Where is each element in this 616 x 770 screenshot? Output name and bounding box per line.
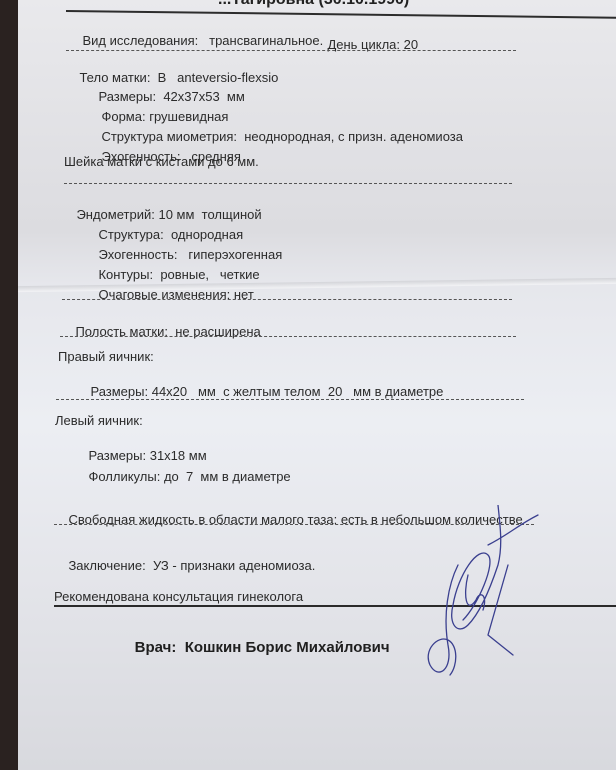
conclusion-value: УЗ - признаки аденомиоза. — [153, 558, 315, 573]
study-type-label: Вид исследования: — [82, 33, 198, 48]
doctor-name: Кошкин Борис Михайлович — [185, 639, 390, 656]
conclusion-label: Заключение: — [68, 558, 145, 573]
right-ovary-size-value: 44х20 мм с желтым телом 20 мм в диаметре — [152, 384, 444, 399]
myometrium-value: неоднородная, с призн. аденомиоза — [244, 129, 463, 144]
dashed-divider — [56, 399, 524, 400]
cavity-row: Полость матки: не расширена — [61, 309, 261, 354]
study-type-value: трансвагинальное. — [209, 33, 323, 48]
doctor-label: Врач: — [135, 639, 177, 656]
dashed-divider — [60, 336, 516, 337]
signature-icon — [418, 505, 558, 685]
follicles-label: Фолликулы: — [88, 469, 160, 484]
left-ovary-title: Левый яичник: — [55, 413, 143, 428]
patient-header: ...Тагировна (30.10.1990) — [218, 0, 409, 9]
recommendation: Рекомендована консультация гинеколога — [54, 589, 303, 604]
right-ovary-title: Правый яичник: — [58, 349, 154, 364]
conclusion-row: Заключение: УЗ - признаки аденомиоза. — [54, 543, 315, 588]
cervix-row: Шейка матки с кистами до 6 мм. — [64, 154, 259, 169]
dashed-divider — [66, 50, 516, 51]
report-paper: ...Тагировна (30.10.1990) Вид исследован… — [18, 0, 616, 770]
dashed-divider — [62, 299, 512, 300]
follicles-row: Фолликулы: до 7 мм в диаметре — [74, 454, 291, 499]
dashed-divider — [64, 183, 512, 184]
follicles-value: до 7 мм в диаметре — [164, 469, 291, 484]
right-ovary-size-row: Размеры: 44х20 мм с желтым телом 20 мм в… — [76, 369, 443, 414]
right-ovary-size-label: Размеры: — [90, 384, 148, 399]
cycle-day-row: День цикла: 20 — [313, 22, 418, 67]
doctor-row: Врач: Кошкин Борис Михайлович — [118, 622, 390, 673]
